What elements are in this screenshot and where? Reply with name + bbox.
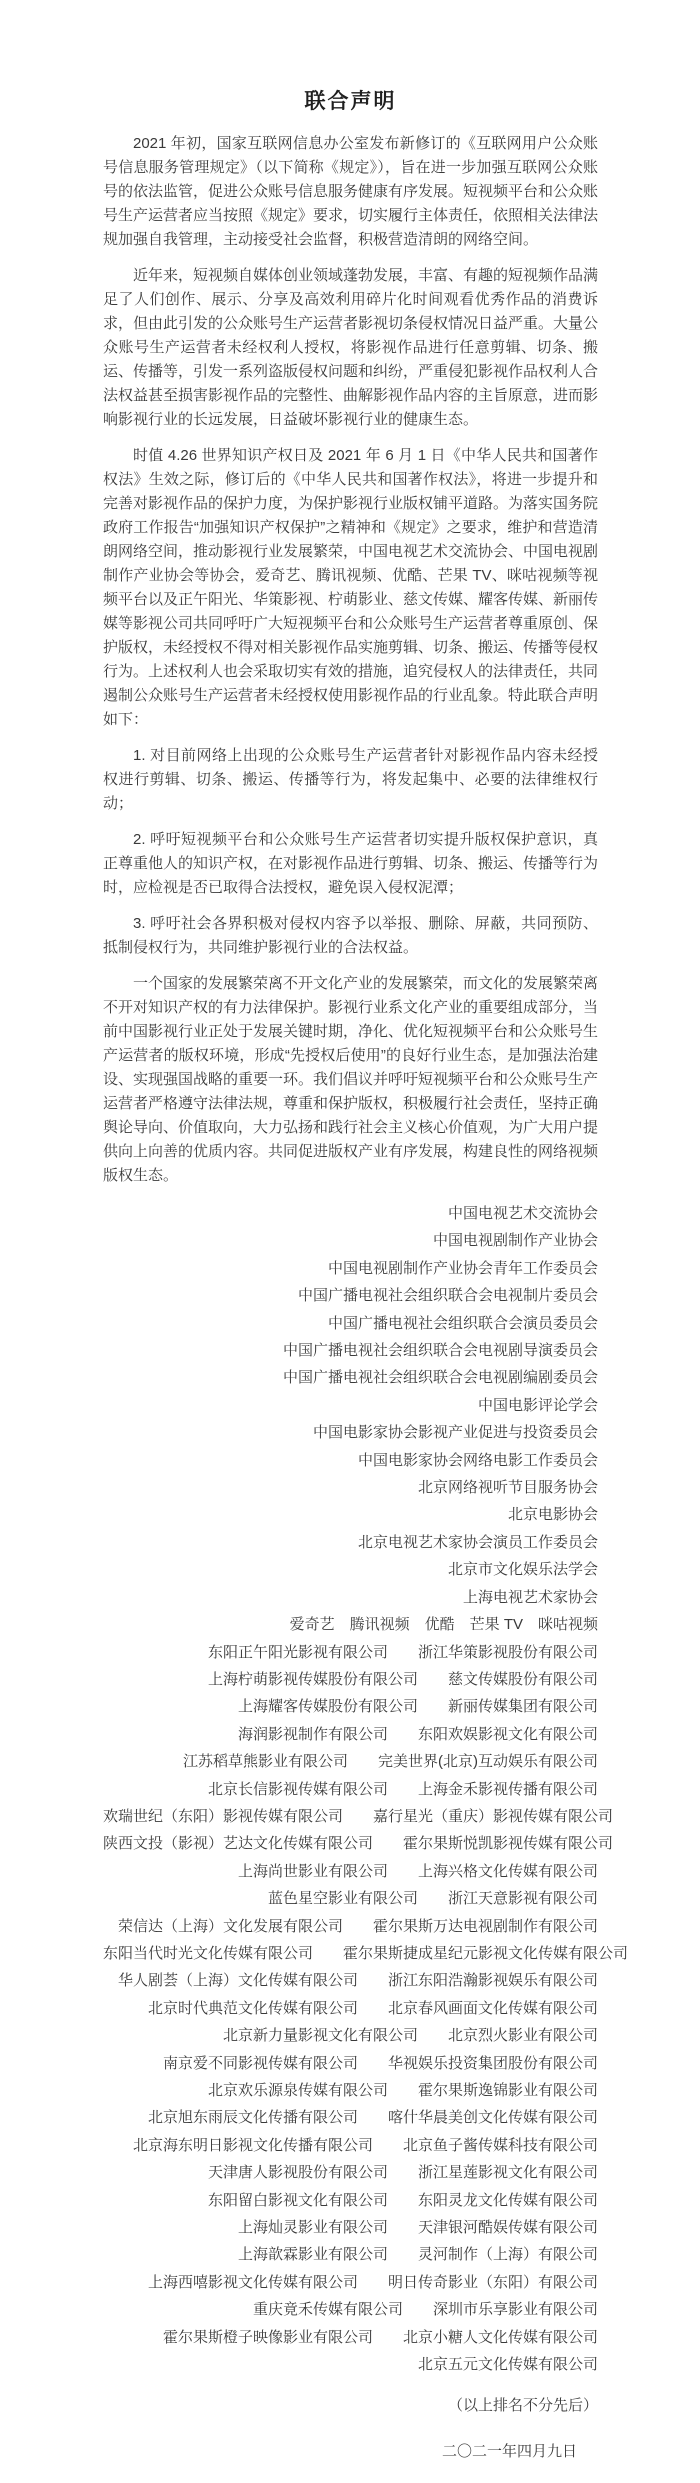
signatory-line: 东阳正午阳光影视有限公司 浙江华策影视股份有限公司 xyxy=(103,1639,598,1666)
signatory-line: 爱奇艺 腾讯视频 优酷 芒果 TV 咪咕视频 xyxy=(103,1611,598,1638)
statement-paragraphs: 2021 年初，国家互联网信息办公室发布新修订的《互联网用户公众账号信息服务管理… xyxy=(103,132,598,732)
signatory-line: 北京海东明日影视文化传播有限公司 北京鱼子酱传媒科技有限公司 xyxy=(103,2132,598,2159)
statement-numbered-item: 1. 对目前网络上出现的公众账号生产运营者针对影视作品内容未经授权进行剪辑、切条… xyxy=(103,744,598,816)
signatory-line: 中国广播电视社会组织联合会电视剧导演委员会 xyxy=(103,1337,598,1364)
signatory-line: 北京市文化娱乐法学会 xyxy=(103,1556,598,1583)
signatory-line: 中国广播电视社会组织联合会电视制片委员会 xyxy=(103,1282,598,1309)
signatory-line: 北京欢乐源泉传媒有限公司 霍尔果斯逸锦影业有限公司 xyxy=(103,2077,598,2104)
signatory-line: 上海歆霖影业有限公司 灵河制作（上海）有限公司 xyxy=(103,2241,598,2268)
signatory-line: 中国电影家协会网络电影工作委员会 xyxy=(103,1447,598,1474)
closing-paragraph: 一个国家的发展繁荣离不开文化产业的发展繁荣，而文化的发展繁荣离不开对知识产权的有… xyxy=(103,972,598,1188)
signatory-line: 荣信达（上海）文化发展有限公司 霍尔果斯万达电视剧制作有限公司 xyxy=(103,1913,598,1940)
signatory-line: 霍尔果斯橙子映像影业有限公司 北京小糖人文化传媒有限公司 xyxy=(103,2324,598,2351)
signatory-line: 北京五元文化传媒有限公司 xyxy=(103,2351,598,2378)
signatory-line: 海润影视制作有限公司 东阳欢娱影视文化有限公司 xyxy=(103,1721,598,1748)
statement-paragraph: 时值 4.26 世界知识产权日及 2021 年 6 月 1 日《中华人民共和国著… xyxy=(103,444,598,732)
signatory-line: 北京网络视听节目服务协会 xyxy=(103,1474,598,1501)
signatory-line: 上海西嘻影视文化传媒有限公司 明日传奇影业（东阳）有限公司 xyxy=(103,2269,598,2296)
signatory-line: 上海耀客传媒股份有限公司 新丽传媒集团有限公司 xyxy=(103,1693,598,1720)
signatory-line: 中国电影家协会影视产业促进与投资委员会 xyxy=(103,1419,598,1446)
signatory-line: 东阳留白影视文化有限公司 东阳灵龙文化传媒有限公司 xyxy=(103,2187,598,2214)
signatory-line: 北京长信影视传媒有限公司 上海金禾影视传播有限公司 xyxy=(103,1776,598,1803)
statement-paragraph: 2021 年初，国家互联网信息办公室发布新修订的《互联网用户公众账号信息服务管理… xyxy=(103,132,598,252)
statement-paragraph: 近年来，短视频自媒体创业领域蓬勃发展，丰富、有趣的短视频作品满足了人们创作、展示… xyxy=(103,264,598,432)
signatory-line: 欢瑞世纪（东阳）影视传媒有限公司 嘉行星光（重庆）影视传媒有限公司 xyxy=(103,1803,598,1830)
signatory-line: 江苏稻草熊影业有限公司 完美世界(北京)互动娱乐有限公司 xyxy=(103,1748,598,1775)
signatory-list: 中国电视艺术交流协会中国电视剧制作产业协会中国电视剧制作产业协会青年工作委员会中… xyxy=(103,1200,598,2378)
statement-numbered-list: 1. 对目前网络上出现的公众账号生产运营者针对影视作品内容未经授权进行剪辑、切条… xyxy=(103,744,598,960)
signatory-line: 蓝色星空影业有限公司 浙江天意影视有限公司 xyxy=(103,1885,598,1912)
signatory-line: 东阳当代时光文化传媒有限公司 霍尔果斯捷成星纪元影视文化传媒有限公司 xyxy=(103,1940,598,1967)
signatory-line: 华人剧荟（上海）文化传媒有限公司 浙江东阳浩瀚影视娱乐有限公司 xyxy=(103,1967,598,1994)
signatory-line: 北京时代典范文化传媒有限公司 北京春风画面文化传媒有限公司 xyxy=(103,1995,598,2022)
signatory-line: 北京电视艺术家协会演员工作委员会 xyxy=(103,1529,598,1556)
page-title: 联合声明 xyxy=(103,90,598,114)
signatory-line: 中国广播电视社会组织联合会演员委员会 xyxy=(103,1310,598,1337)
signatory-line: 陕西文投（影视）艺达文化传媒有限公司 霍尔果斯悦凯影视传媒有限公司 xyxy=(103,1830,598,1857)
signatory-line: 重庆竟禾传媒有限公司 深圳市乐享影业有限公司 xyxy=(103,2296,598,2323)
signatory-line: 上海尚世影业有限公司 上海兴格文化传媒有限公司 xyxy=(103,1858,598,1885)
statement-date: 二〇二一年四月九日 xyxy=(103,2438,598,2465)
signatory-line: 中国电视艺术交流协会 xyxy=(103,1200,598,1227)
signatory-line: 天津唐人影视股份有限公司 浙江星莲影视文化有限公司 xyxy=(103,2159,598,2186)
statement-numbered-item: 2. 呼吁短视频平台和公众账号生产运营者切实提升版权保护意识，真正尊重他人的知识… xyxy=(103,828,598,900)
signatory-line: 南京爱不同影视传媒有限公司 华视娱乐投资集团股份有限公司 xyxy=(103,2050,598,2077)
ranking-note: （以上排名不分先后） xyxy=(103,2392,598,2419)
signatory-line: 北京旭东雨辰文化传播有限公司 喀什华晨美创文化传媒有限公司 xyxy=(103,2104,598,2131)
signatory-line: 中国电视剧制作产业协会青年工作委员会 xyxy=(103,1255,598,1282)
signatory-line: 北京电影协会 xyxy=(103,1501,598,1528)
signatory-line: 上海灿灵影业有限公司 天津银河酷娱传媒有限公司 xyxy=(103,2214,598,2241)
statement-numbered-item: 3. 呼吁社会各界积极对侵权内容予以举报、删除、屏蔽，共同预防、抵制侵权行为，共… xyxy=(103,912,598,960)
signatory-line: 中国电视剧制作产业协会 xyxy=(103,1227,598,1254)
signatory-line: 中国电影评论学会 xyxy=(103,1392,598,1419)
signatory-line: 上海柠萌影视传媒股份有限公司 慈文传媒股份有限公司 xyxy=(103,1666,598,1693)
signatory-line: 上海电视艺术家协会 xyxy=(103,1584,598,1611)
signatory-line: 中国广播电视社会组织联合会电视剧编剧委员会 xyxy=(103,1364,598,1391)
joint-statement-document: 联合声明 2021 年初，国家互联网信息办公室发布新修订的《互联网用户公众账号信… xyxy=(0,0,700,2483)
signatory-line: 北京新力量影视文化有限公司 北京烈火影业有限公司 xyxy=(103,2022,598,2049)
